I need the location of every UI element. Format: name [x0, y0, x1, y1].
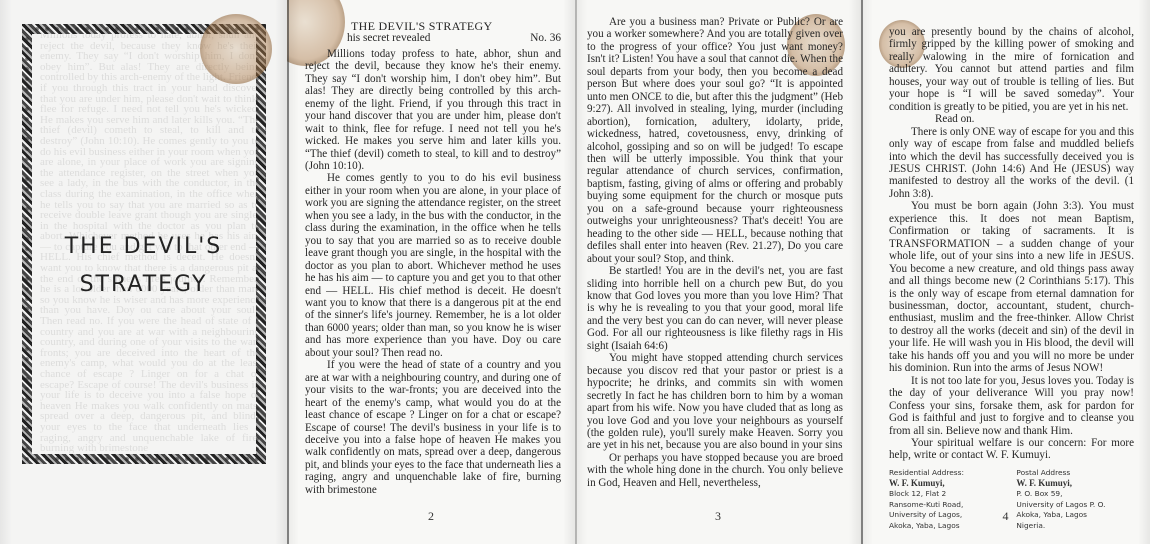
paragraph: Or perhaps you have stopped because you … — [587, 452, 843, 489]
paragraph: If you were the head of state of a count… — [305, 359, 561, 496]
paragraph: Be startled! You are in the devil's net,… — [587, 265, 843, 352]
fold-line — [287, 0, 289, 544]
page-number: 4 — [861, 509, 1150, 524]
page-2: THE DEVIL'S STRATEGY his secret revealed… — [287, 0, 575, 544]
paragraph: You might have stopped attending church … — [587, 352, 843, 452]
page-4: you are presently bound by the chains of… — [861, 0, 1150, 544]
paragraph: He comes gently to you to do his evil bu… — [305, 172, 561, 359]
paragraph: you are presently bound by the chains of… — [889, 26, 1134, 113]
paragraph: You must be born again (John 3:3). You m… — [889, 200, 1134, 374]
paragraph: Millions today profess to hate, abhor, s… — [305, 48, 561, 173]
cover-title-line-2: STRATEGY — [0, 272, 287, 297]
cover-title-line-1: THE DEVIL'S — [0, 234, 287, 259]
paragraph: Are you a business man? Private or Publi… — [587, 16, 843, 265]
paragraph: There is only ONE way of escape for you … — [889, 126, 1134, 201]
fold-line — [861, 0, 863, 544]
tract-header-title: THE DEVIL'S STRATEGY — [305, 20, 561, 32]
tract-number: No. 36 — [530, 32, 561, 44]
cover-page: Millions today profess to hate, abhor, s… — [0, 0, 287, 544]
address-line: Block 12, Flat 2 — [889, 489, 1007, 500]
page-number: 2 — [287, 509, 575, 524]
read-on-line: Read on. — [889, 113, 1134, 125]
tract-spread: Millions today profess to hate, abhor, s… — [0, 0, 1150, 544]
page-3: Are you a business man? Private or Publi… — [575, 0, 861, 544]
address-name: W. F. Kumuyi, — [889, 478, 1007, 489]
page-2-text: THE DEVIL'S STRATEGY his secret revealed… — [305, 20, 561, 496]
fold-line — [575, 0, 577, 544]
tract-header-row: his secret revealed No. 36 — [305, 32, 561, 44]
address-name: W. F. Kumuyi, — [1016, 478, 1134, 489]
page-3-text: Are you a business man? Private or Publi… — [587, 16, 843, 489]
page-number: 3 — [575, 509, 861, 524]
tract-subtitle: his secret revealed — [347, 32, 430, 44]
address-label: Postal Address — [1016, 468, 1134, 479]
address-label: Residential Address: — [889, 468, 1007, 479]
page-4-text: you are presently bound by the chains of… — [889, 26, 1134, 531]
paragraph: Your spiritual welfare is our concern: F… — [889, 437, 1134, 462]
paragraph: It is not too late for you, Jesus loves … — [889, 375, 1134, 437]
address-line: P. O. Box 59, — [1016, 489, 1134, 500]
